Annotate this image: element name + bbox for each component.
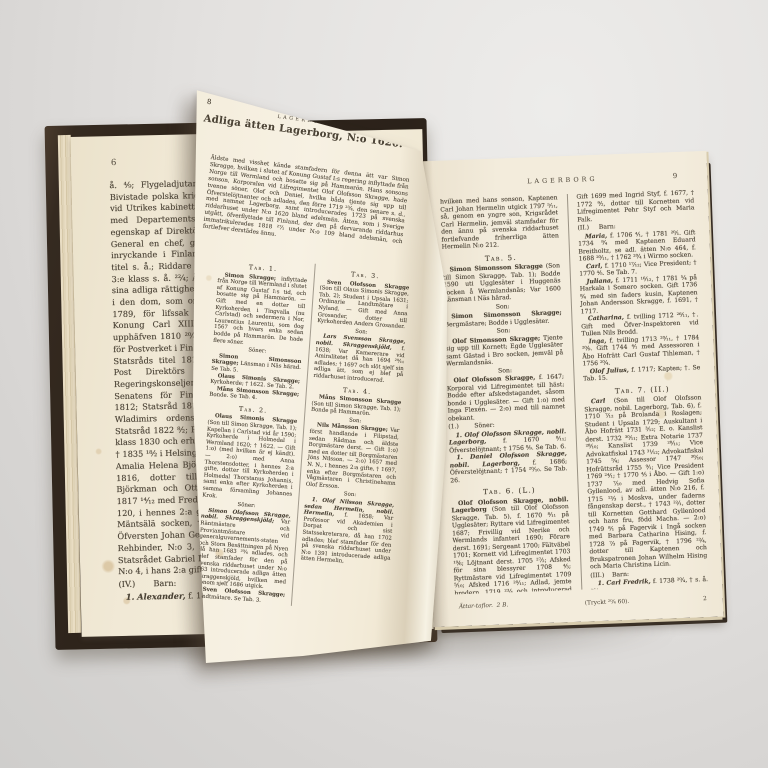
entry-text: Tab. 5. xyxy=(485,252,517,262)
entry-text: Tab. 2. xyxy=(239,405,268,415)
entry-text: Son: xyxy=(496,303,510,311)
entry-text: Var först handlande i Filipstad, sedan R… xyxy=(306,428,400,490)
genealogy-paragraph: Olof Simonsson Skragge; Tjente sig upp t… xyxy=(445,334,564,368)
entry-text: (Son till Olof Olofsson Skragge, nobil. … xyxy=(584,394,707,570)
entry-text: Söner: xyxy=(237,502,255,509)
genealogy-paragraph: Inga, f. tvilling 1713 ²⁰⁄₁₁, † 1784 ²⁰⁄… xyxy=(582,334,701,368)
genealogy-paragraph: Carl (Son till Olof Olofsson Skragge, no… xyxy=(584,394,708,571)
volume-footer: Ättar-taflor. 2 B. xyxy=(459,602,509,610)
entry-text: Gift 1699 med Ingrid Styf, f. 1677, † 17… xyxy=(576,189,694,223)
right-page-columns: hvilken med hans sonson, Kaptenen Carl J… xyxy=(440,189,708,594)
entry-text: Tab. 4. xyxy=(343,385,372,395)
book-photo-scene: 6 å. ⁴⁄₉; Flygeladjutant hos Konungen s.… xyxy=(0,0,768,768)
middle-page-columns: Tab. 1.Simon Skragge; inflyttade från No… xyxy=(195,257,410,613)
genealogy-paragraph: Olof Olofsson Skragge, f. 1647; Korporal… xyxy=(446,373,565,422)
genealogy-paragraph: Olof Julius, f. 1717; Kapten; †. Se Tab.… xyxy=(583,364,701,383)
continuation-paragraph: hvilken med hans sonson, Kaptenen Carl J… xyxy=(440,194,559,251)
entry-text: Söner: xyxy=(248,347,266,354)
tab-heading: Tab. 5. xyxy=(442,252,560,264)
entry-text: Tab. 3. xyxy=(351,270,380,280)
family-article-title: Adliga ätten Lagerborg, N:o 1620. xyxy=(201,113,407,151)
family-intro-paragraph: Äldste med visshet kände stamfadern för … xyxy=(202,155,409,253)
entry-text: Son: xyxy=(497,327,511,335)
entry-text: f. 1658; Var Professor vid Akademien i D… xyxy=(300,512,393,565)
entry-text: Tab. 6. (L.) xyxy=(483,485,536,496)
print-footer: (Tryckt ²⁰⁄₄ 60). 2 xyxy=(585,596,707,606)
person-name: Carl, xyxy=(586,262,603,270)
entry-text: Son: xyxy=(344,492,357,499)
right-page-column-2: Gift 1699 med Ingrid Styf, f. 1677, † 17… xyxy=(566,189,708,589)
signature-mark: 2 xyxy=(703,596,707,602)
genealogy-paragraph: 1. Daniel Olofsson Skragge, nobil. Lager… xyxy=(449,450,568,484)
genealogy-paragraph: Simon Simonsson Skragge (Son till Simon … xyxy=(442,262,561,304)
entry-text: Var Räntmästare och Proviantmästare vid … xyxy=(196,519,290,590)
right-running-head: LAGERBORG xyxy=(417,171,707,190)
person-name: 1. Carl Fredrik, xyxy=(598,578,651,587)
person-name: Olof Julius, xyxy=(590,366,629,374)
genealogy-paragraph: Nils Månsson Skragge; Var först handland… xyxy=(306,422,400,494)
entry-text: (II.) Barn: xyxy=(577,223,615,231)
entry-text: (Son till Olof Olofsson Skragge, Tab. 5)… xyxy=(452,503,574,594)
entry-text: (Son till Olaus Simonis Skragge, Tab. 2)… xyxy=(317,285,409,330)
genealogy-paragraph: Simon Skragge; inflyttade från Norge til… xyxy=(213,272,307,351)
entry-text: hvilken med hans sonson, Kaptenen Carl J… xyxy=(440,194,559,250)
turning-leaf-page: 8 LAGERBORG Adliga ätten Lagerborg, N:o … xyxy=(185,85,450,670)
genealogy-paragraph: Simon Olofsson Skragge, nobil. Skraggens… xyxy=(196,507,291,592)
entry-text: Tab. 1. xyxy=(249,263,278,273)
entry-text: Tab. 7. (II.) xyxy=(615,384,670,395)
entry-text: Son: xyxy=(355,328,368,335)
genealogy-paragraph: Lars Svensson Skragge, nobil. Skraggensk… xyxy=(313,333,406,385)
entry-text: (1.) Söner: xyxy=(448,422,495,431)
genealogy-paragraph: Olof Olofsson Skragge, nobil. Lagerborg … xyxy=(451,496,573,595)
entry-text: (Son till Simon Skragge, Tab. 1); Kapell… xyxy=(202,420,297,499)
tab-heading: Tab. 7. (II.) xyxy=(583,384,701,396)
person-name: 1. Alexander, xyxy=(126,590,186,601)
continuation-paragraph: Gift 1699 med Ingrid Styf, f. 1677, † 17… xyxy=(576,189,695,223)
tab-heading: Tab. 6. (L.) xyxy=(451,485,569,497)
right-page-column-1: hvilken med hans sonson, Kaptenen Carl J… xyxy=(440,194,581,594)
person-name: Inga, xyxy=(589,337,607,345)
person-name: Carl xyxy=(591,398,606,406)
turning-leaf-wrapper: 8 LAGERBORG Adliga ätten Lagerborg, N:o … xyxy=(185,85,450,670)
genealogy-paragraph: Sven Olofsson Skragge (Son till Olaus Si… xyxy=(317,279,410,331)
entry-text: Son: xyxy=(498,367,512,375)
genealogy-paragraph: Juliana, f. 1711 ¹⁶⁄₁₂, † 1781 ⁵⁄₄ på Ha… xyxy=(579,274,698,316)
person-name: 2. Lovisa Carolina, xyxy=(598,593,663,595)
entry-text: (III.) Barn: xyxy=(590,570,629,578)
genealogy-paragraph: 1. Carl Fredrik, f. 1738 ²⁰⁄₄, † s. å. ²… xyxy=(591,576,709,594)
genealogy-paragraph: 2. Lovisa Carolina, f. 1740 ¹⁷⁄₁₀, † 177… xyxy=(591,591,708,594)
left-page-number: 6 xyxy=(111,158,117,168)
genealogy-paragraph: 1. Olof Nilsson Skragge, sedan Hermelin,… xyxy=(300,497,394,569)
entry-text: f. 1740 ¹⁷⁄₁₀, † 1775 ²⁰⁄₄ på Laxdal i P… xyxy=(591,591,708,594)
print-note: (Tryckt ²⁰⁄₄ 60). xyxy=(585,599,630,607)
right-page-number: 9 xyxy=(673,172,678,180)
middle-page-head: LAGERBORG Adliga ätten Lagerborg, N:o 16… xyxy=(201,105,408,151)
genealogy-paragraph: Maria, f. 1706 ⁴⁄₁, † 1781 ²⁰⁄₁. Gift 17… xyxy=(578,229,697,263)
entry-text: f. 1638; Var Kamererare vid Amiralitetet… xyxy=(313,345,405,384)
right-page: LAGERBORG 9 hvilken med hans sonson, Kap… xyxy=(417,151,724,627)
entry-text: (IV.) Barn: xyxy=(118,578,176,589)
genealogy-paragraph: Olaus Simonis Skragge (Son till Simon Sk… xyxy=(202,413,297,505)
entry-text: Son: xyxy=(349,417,362,424)
entry-text: inflyttade från Norge till Wermland i sl… xyxy=(213,276,307,346)
